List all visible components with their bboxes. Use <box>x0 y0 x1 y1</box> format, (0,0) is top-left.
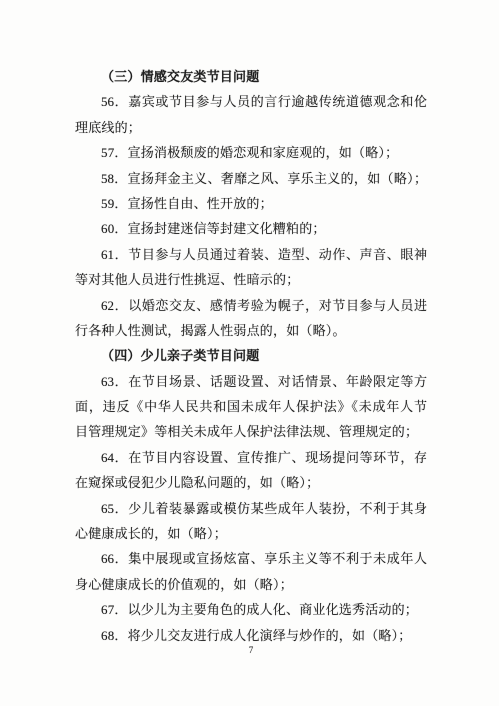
text-line: 67．以少儿为主要角色的成人化、商业化选秀活动的； <box>75 597 427 622</box>
text-line: 63．在节目场景、话题设置、对话情景、年龄限定等方 <box>75 369 427 394</box>
text-line: 58．宣扬拜金主义、奢靡之风、享乐主义的，如（略）； <box>75 166 427 191</box>
text-line: 65．少儿着装暴露或模仿某些成年人装扮，不利于其身 <box>75 496 427 521</box>
document-page: （三）情感交友类节目问题56．嘉宾或节目参与人员的言行逾越传统道德观念和伦理底线… <box>0 0 499 706</box>
text-line: 面，违反《中华人民共和国未成年人保护法》《未成年人节 <box>75 394 427 419</box>
text-line: 57．宣扬消极颓废的婚恋观和家庭观的，如（略）； <box>75 140 427 165</box>
text-line: 在窥探或侵犯少儿隐私问题的，如（略）； <box>75 470 427 495</box>
text-line: 61．节目参与人员通过着装、造型、动作、声音、眼神 <box>75 242 427 267</box>
section-heading: （四）少儿亲子类节目问题 <box>75 343 427 368</box>
text-line: 56．嘉宾或节目参与人员的言行逾越传统道德观念和伦 <box>75 89 427 114</box>
text-line: 62．以婚恋交友、感情考验为幌子，对节目参与人员进 <box>75 293 427 318</box>
text-block: （三）情感交友类节目问题56．嘉宾或节目参与人员的言行逾越传统道德观念和伦理底线… <box>75 64 427 648</box>
text-line: 理底线的； <box>75 115 427 140</box>
page-number: 7 <box>75 644 427 656</box>
text-line: 行各种人性测试，揭露人性弱点的，如（略）。 <box>75 318 427 343</box>
text-line: 66．集中展现或宣扬炫富、享乐主义等不利于未成年人 <box>75 546 427 571</box>
text-line: 60．宣扬封建迷信等封建文化糟粕的； <box>75 216 427 241</box>
text-line: 身心健康成长的价值观的，如（略）； <box>75 572 427 597</box>
text-line: 心健康成长的，如（略）； <box>75 521 427 546</box>
text-line: 64．在节目内容设置、宣传推广、现场提问等环节，存 <box>75 445 427 470</box>
text-line: 目管理规定》等相关未成年人保护法律法规、管理规定的； <box>75 419 427 444</box>
text-line: 等对其他人员进行性挑逗、性暗示的； <box>75 267 427 292</box>
section-heading: （三）情感交友类节目问题 <box>75 64 427 89</box>
text-line: 59．宣扬性自由、性开放的； <box>75 191 427 216</box>
